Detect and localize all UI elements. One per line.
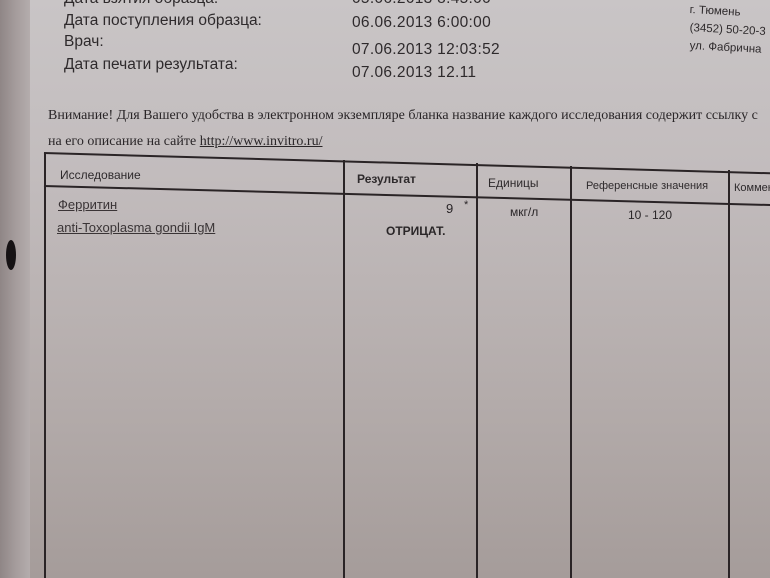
- info-label: Дата взятия образца:: [64, 0, 218, 8]
- notice-text: на его описание на сайте: [48, 134, 200, 149]
- header-result: Результат: [357, 172, 416, 186]
- column-divider: [728, 170, 730, 578]
- header-test: Исследование: [60, 168, 141, 182]
- info-value: 06.06.2013 6:00:00: [352, 14, 491, 32]
- info-label: Дата поступления образца:: [64, 12, 262, 30]
- result-value: 9: [446, 201, 453, 216]
- notice-line-1: Внимание! Для Вашего удобства в электрон…: [48, 108, 758, 124]
- header-units: Единицы: [488, 176, 539, 190]
- reference-value: 10 - 120: [628, 208, 672, 222]
- info-value: 05.06.2013 8:45:00: [352, 0, 491, 8]
- lab-phone: (3452) 50-20-3: [689, 22, 766, 38]
- table-left-border: [44, 153, 46, 578]
- info-label: Врач:: [64, 33, 104, 51]
- column-divider: [476, 163, 478, 578]
- units-value: мкг/л: [510, 205, 538, 219]
- result-value: ОТРИЦАТ.: [386, 224, 445, 238]
- binder-hole: [6, 240, 16, 270]
- abnormal-flag: *: [464, 199, 468, 211]
- test-name-toxoplasma[interactable]: anti-Toxoplasma gondii IgM: [57, 220, 215, 235]
- column-divider: [343, 160, 345, 578]
- lab-city: г. Тюмень: [689, 4, 740, 19]
- header-reference: Референсные значения: [586, 180, 708, 192]
- lab-street: ул. Фабрична: [689, 40, 761, 56]
- info-value: 07.06.2013 12.11: [352, 64, 476, 82]
- page-edge: [0, 0, 30, 578]
- info-value: 07.06.2013 12:03:52: [352, 41, 500, 59]
- column-divider: [570, 166, 572, 578]
- invitro-link[interactable]: http://www.invitro.ru/: [200, 134, 323, 149]
- notice-line-2: на его описание на сайте http://www.invi…: [48, 134, 323, 150]
- header-comment: Коммен: [734, 182, 770, 194]
- test-name-ferritin[interactable]: Ферритин: [58, 197, 117, 212]
- info-label: Дата печати результата:: [64, 56, 238, 74]
